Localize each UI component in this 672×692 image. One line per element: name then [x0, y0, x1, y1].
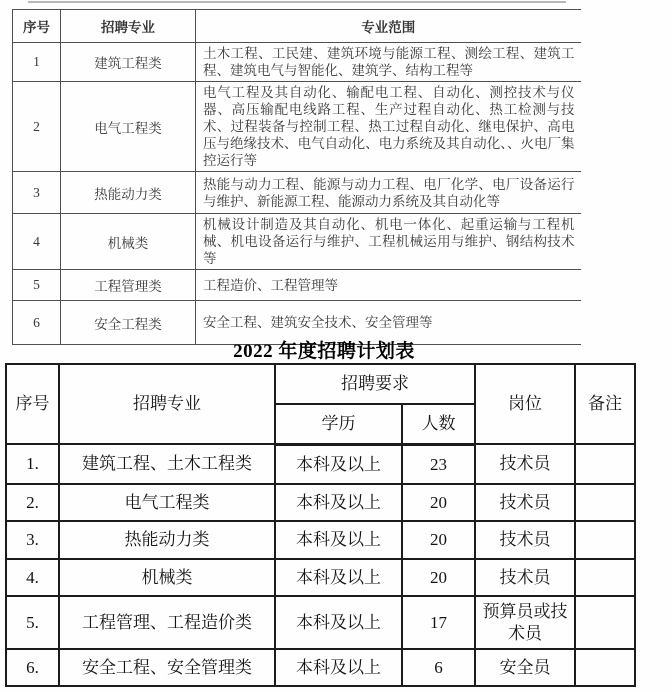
table-row: 5. 工程管理、工程造价类 本科及以上 17 预算员或技术员 — [6, 596, 635, 649]
col-header-no: 序号 — [6, 364, 59, 444]
cell-no: 6. — [6, 649, 59, 686]
col-header-count: 人数 — [402, 404, 475, 444]
cell-remarks — [575, 521, 635, 559]
cell-scope: 电气工程及其自动化、输配电工程、自动化、测控技术与仪器、高压输配电线路工程、生产… — [196, 82, 581, 172]
cell-no: 3. — [6, 521, 59, 559]
cell-education: 本科及以上 — [275, 521, 402, 559]
recruitment-plan-table: 序号 招聘专业 招聘要求 岗位 备注 学历 人数 1. 建筑工程、土木工程类 本… — [5, 363, 636, 687]
table-row: 6. 安全工程、安全管理类 本科及以上 6 安全员 — [6, 649, 635, 686]
cell-major: 电气工程类 — [59, 484, 275, 521]
cell-count: 20 — [402, 484, 475, 521]
cell-major: 建筑工程、土木工程类 — [59, 444, 275, 484]
cell-count: 17 — [402, 596, 475, 649]
cell-no: 1. — [6, 444, 59, 484]
cell-no: 4. — [6, 559, 59, 596]
cell-scope: 土木工程、工民建、建筑环境与能源工程、测绘工程、建筑工程、建筑电气与智能化、建筑… — [196, 43, 581, 82]
table-row: 3. 热能动力类 本科及以上 20 技术员 — [6, 521, 635, 559]
cell-major: 机械类 — [59, 559, 275, 596]
table-row: 2. 电气工程类 本科及以上 20 技术员 — [6, 484, 635, 521]
cell-remarks — [575, 596, 635, 649]
cell-count: 20 — [402, 521, 475, 559]
cell-no: 5 — [13, 270, 61, 301]
cell-major: 机械类 — [61, 214, 196, 270]
table-row: 4. 机械类 本科及以上 20 技术员 — [6, 559, 635, 596]
cell-major: 热能动力类 — [61, 172, 196, 214]
cell-major: 电气工程类 — [61, 82, 196, 172]
cell-scope: 机械设计制造及其自动化、机电一体化、起重运输与工程机械、机电设备运行与维护、工程… — [196, 214, 581, 270]
cell-major: 安全工程、安全管理类 — [59, 649, 275, 686]
cell-remarks — [575, 559, 635, 596]
cell-count: 6 — [402, 649, 475, 686]
cell-education: 本科及以上 — [275, 444, 402, 484]
col-header-remarks: 备注 — [575, 364, 635, 444]
col-header-major: 招聘专业 — [61, 10, 196, 43]
plan-table-title: 2022 年度招聘计划表 — [0, 336, 648, 363]
cell-position: 技术员 — [475, 521, 575, 559]
cell-no: 2. — [6, 484, 59, 521]
cell-remarks — [575, 649, 635, 686]
document-page: { "colors": { "page_background": "#fefef… — [0, 0, 672, 692]
cell-remarks — [575, 484, 635, 521]
majors-scope-table: 序号 招聘专业 专业范围 1 建筑工程类 土木工程、工民建、建筑环境与能源工程、… — [12, 9, 581, 345]
cell-no: 2 — [13, 82, 61, 172]
cell-education: 本科及以上 — [275, 559, 402, 596]
table-row: 1 建筑工程类 土木工程、工民建、建筑环境与能源工程、测绘工程、建筑工程、建筑电… — [13, 43, 581, 82]
cell-major: 工程管理、工程造价类 — [59, 596, 275, 649]
table-row: 4 机械类 机械设计制造及其自动化、机电一体化、起重运输与工程机械、机电设备运行… — [13, 214, 581, 270]
cell-count: 23 — [402, 444, 475, 484]
col-header-scope: 专业范围 — [196, 10, 581, 43]
table-row: 5 工程管理类 工程造价、工程管理等 — [13, 270, 581, 301]
cell-major: 建筑工程类 — [61, 43, 196, 82]
cell-major: 热能动力类 — [59, 521, 275, 559]
cell-scope: 工程造价、工程管理等 — [196, 270, 581, 301]
col-header-education: 学历 — [275, 404, 402, 444]
col-header-position: 岗位 — [475, 364, 575, 444]
table-row: 1. 建筑工程、土木工程类 本科及以上 23 技术员 — [6, 444, 635, 484]
cell-no: 4 — [13, 214, 61, 270]
cell-scope: 热能与动力工程、能源与动力工程、电厂化学、电厂设备运行与维护、新能源工程、能源动… — [196, 172, 581, 214]
cell-education: 本科及以上 — [275, 596, 402, 649]
cell-education: 本科及以上 — [275, 484, 402, 521]
cell-education: 本科及以上 — [275, 649, 402, 686]
cell-no: 1 — [13, 43, 61, 82]
col-header-requirements: 招聘要求 — [275, 364, 475, 404]
scan-artifact-line — [28, 1, 566, 3]
cell-remarks — [575, 444, 635, 484]
cell-position: 技术员 — [475, 559, 575, 596]
table-row: 3 热能动力类 热能与动力工程、能源与动力工程、电厂化学、电厂设备运行与维护、新… — [13, 172, 581, 214]
cell-position: 安全员 — [475, 649, 575, 686]
table-row: 2 电气工程类 电气工程及其自动化、输配电工程、自动化、测控技术与仪器、高压输配… — [13, 82, 581, 172]
cell-position: 技术员 — [475, 444, 575, 484]
cell-no: 3 — [13, 172, 61, 214]
cell-position: 预算员或技术员 — [475, 596, 575, 649]
plan-header-row-top: 序号 招聘专业 招聘要求 岗位 备注 — [6, 364, 635, 404]
col-header-major: 招聘专业 — [59, 364, 275, 444]
table-header-row: 序号 招聘专业 专业范围 — [13, 10, 581, 43]
cell-no: 5. — [6, 596, 59, 649]
col-header-no: 序号 — [13, 10, 61, 43]
cell-major: 工程管理类 — [61, 270, 196, 301]
cell-count: 20 — [402, 559, 475, 596]
cell-position: 技术员 — [475, 484, 575, 521]
